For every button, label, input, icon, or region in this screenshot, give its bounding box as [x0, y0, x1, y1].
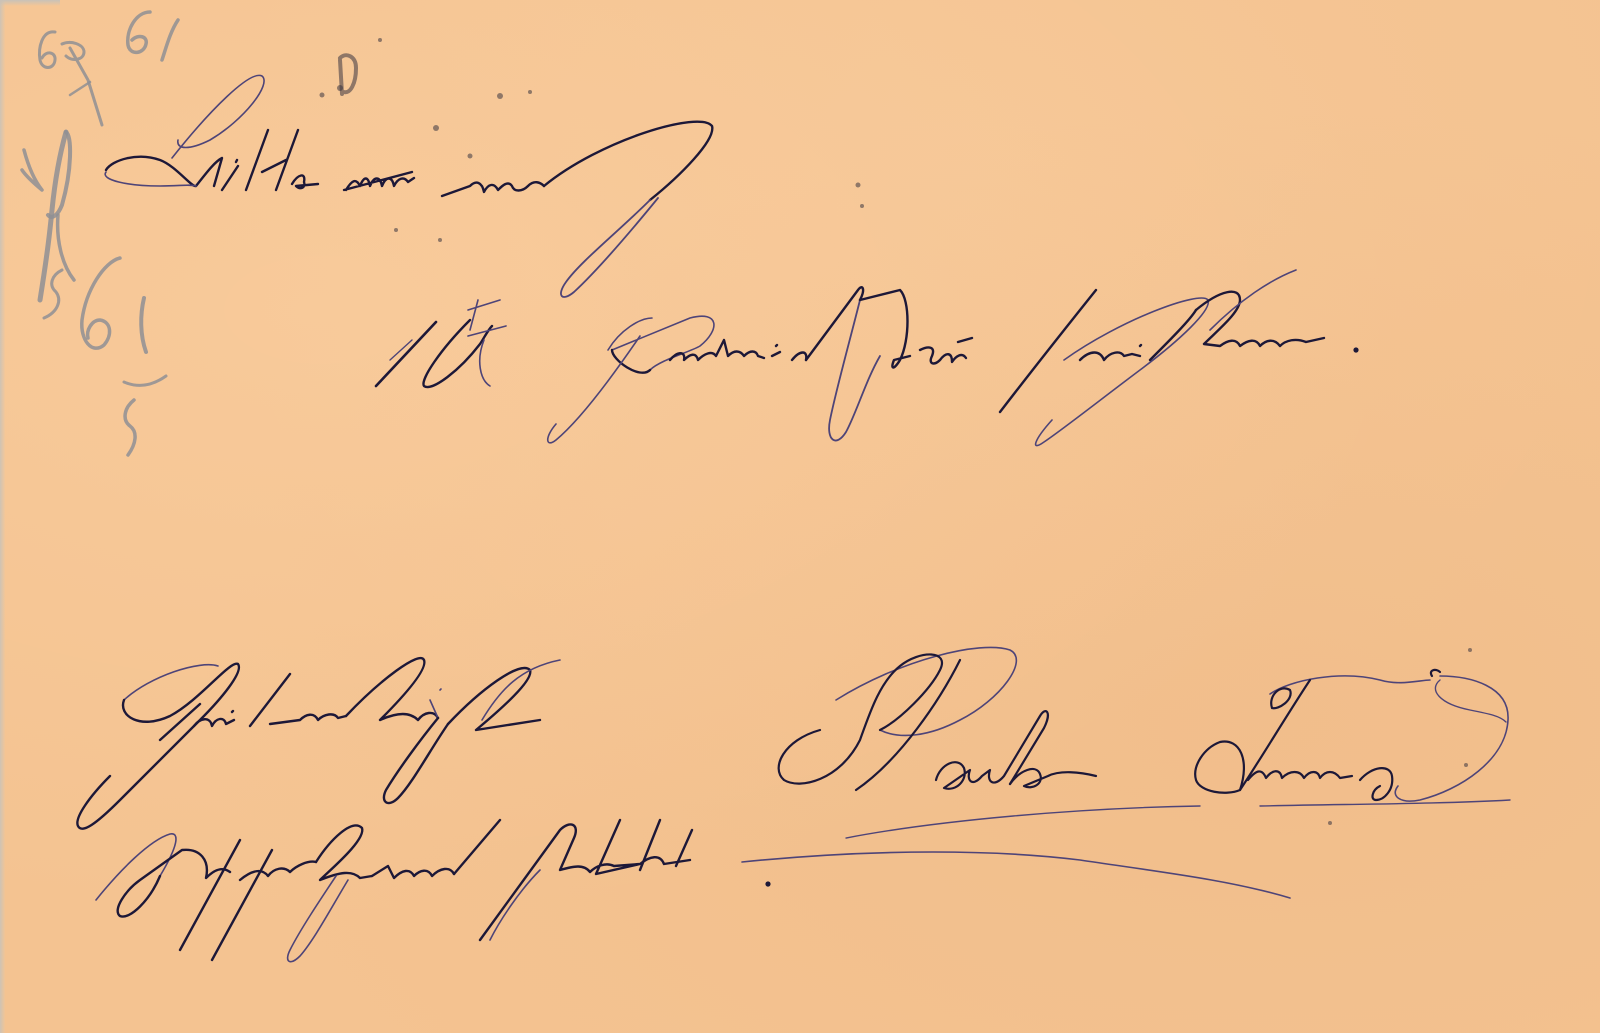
line-2-overlay: 1K Portrait zu schicken. — [375, 320, 862, 366]
line-1-overlay: Bitte um noch — [105, 150, 390, 196]
pencil-annotations — [22, 12, 178, 455]
postcard: Bitte um noch 1K Portrait zu schicken. H… — [0, 0, 1600, 1033]
signature — [742, 647, 1510, 898]
place-1-overlay: Hinterbrühl — [80, 680, 321, 726]
signature-overlay: Paula Fremd — [790, 700, 1048, 746]
place-2-overlay: Wasserheilanstalt. — [100, 840, 472, 886]
